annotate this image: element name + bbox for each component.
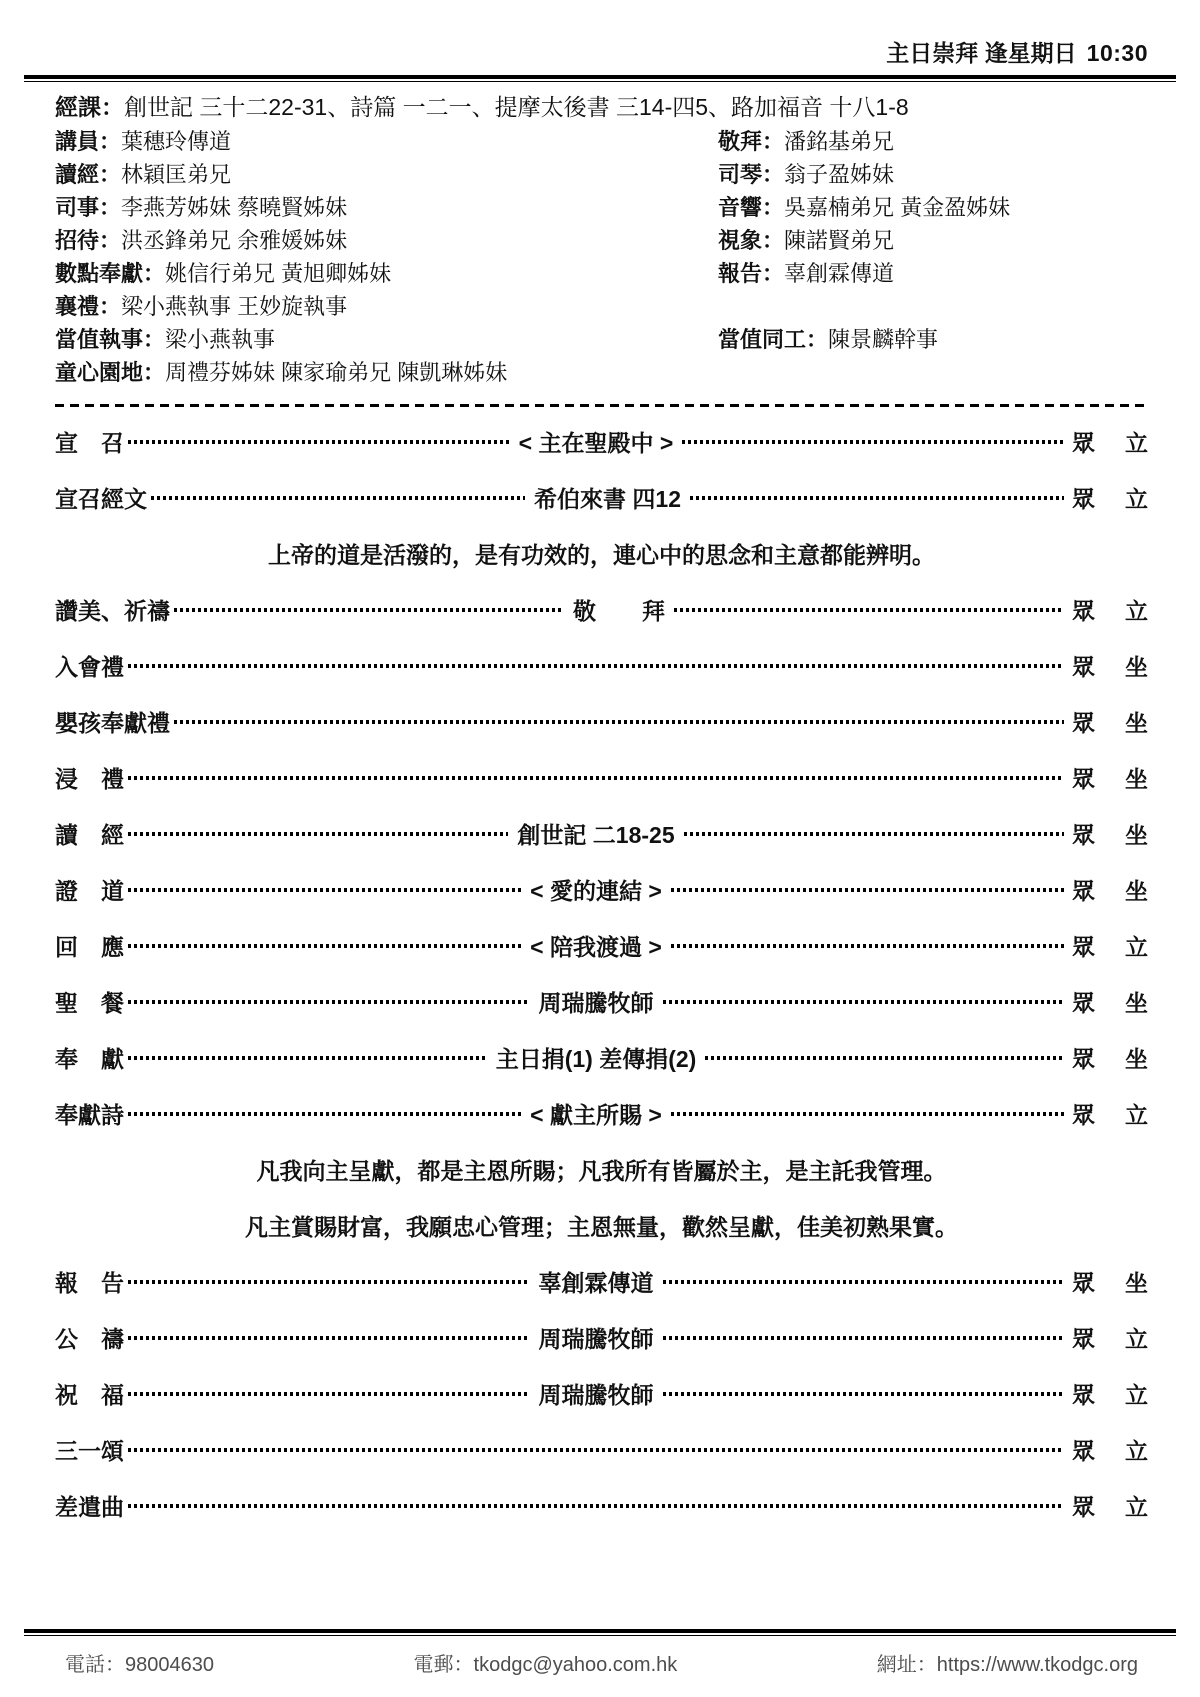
header-rule bbox=[24, 75, 1176, 82]
congregation-group: 眾 bbox=[1072, 481, 1095, 514]
roles-row: 襄禮：梁小燕執事 王妙旋執事 bbox=[55, 289, 1148, 322]
posture-indicator: 立 bbox=[1125, 929, 1148, 962]
order-item-label: 宣 召 bbox=[55, 425, 124, 458]
order-item-center: < 陪我渡過 > bbox=[525, 929, 667, 962]
roles-row: 招待：洪丞鋒弟兄 余雅媛姊妹視象：陳諾賢弟兄 bbox=[55, 223, 1148, 256]
congregation-group: 眾 bbox=[1072, 1433, 1095, 1466]
leader-dots bbox=[663, 1280, 1065, 1284]
leader-dots bbox=[663, 1336, 1065, 1340]
role-value: 林穎匡弟兄 bbox=[121, 162, 231, 187]
role-cell-left: 當值執事：梁小燕執事 bbox=[55, 323, 718, 354]
posture-indicator: 立 bbox=[1125, 1377, 1148, 1410]
role-value: 周禮芬姊妹 陳家瑜弟兄 陳凱琳姊妹 bbox=[165, 360, 507, 385]
role-cell-left: 司事：李燕芳姊妹 蔡曉賢姊妹 bbox=[55, 191, 718, 222]
bulletin-page: 主日崇拜 逢星期日10:30 經課：創世記 三十二22-31、詩篇 一二一、提摩… bbox=[0, 0, 1200, 1697]
leader-dots bbox=[128, 1056, 487, 1060]
leader-dots bbox=[128, 1000, 530, 1004]
roles-row: 數點奉獻：姚信行弟兄 黃旭卿姊妹報告：辜創霖傳道 bbox=[55, 256, 1148, 289]
role-label: 敬拜： bbox=[718, 129, 784, 154]
leader-dots bbox=[128, 1448, 1064, 1452]
congregation-group: 眾 bbox=[1072, 1321, 1095, 1354]
role-cell-right: 視象：陳諾賢弟兄 bbox=[718, 224, 1148, 255]
role-cell-right: 司琴：翁子盈姊妹 bbox=[718, 158, 1148, 189]
order-item-center: 創世記 二18-25 bbox=[512, 817, 679, 850]
role-label: 講員： bbox=[55, 129, 121, 154]
role-cell-left: 數點奉獻：姚信行弟兄 黃旭卿姊妹 bbox=[55, 257, 718, 288]
verse-row: 上帝的道是活潑的，是有功效的，連心中的思念和主意都能辨明。 bbox=[55, 525, 1148, 581]
verse-text: 凡我向主呈獻，都是主恩所賜；凡我所有皆屬於主，是主託我管理。 bbox=[257, 1153, 947, 1186]
order-item-label: 讀 經 bbox=[55, 817, 124, 850]
leader-dots bbox=[682, 440, 1064, 444]
congregation-group: 眾 bbox=[1072, 593, 1095, 626]
verse-row: 凡我向主呈獻，都是主恩所賜；凡我所有皆屬於主，是主託我管理。 bbox=[55, 1141, 1148, 1197]
role-label: 司琴： bbox=[718, 162, 784, 187]
leader-dots bbox=[174, 720, 1064, 724]
role-value: 辜創霖傳道 bbox=[784, 261, 894, 286]
leader-dots bbox=[128, 944, 521, 948]
role-label: 襄禮： bbox=[55, 294, 121, 319]
leader-dots bbox=[128, 440, 510, 444]
posture-indicator: 坐 bbox=[1125, 761, 1148, 794]
congregation-group: 眾 bbox=[1072, 1097, 1095, 1130]
role-label: 音響： bbox=[718, 195, 784, 220]
congregation-group: 眾 bbox=[1072, 1377, 1095, 1410]
role-value: 李燕芳姊妹 蔡曉賢姊妹 bbox=[121, 195, 347, 220]
order-item-center: 周瑞騰牧師 bbox=[534, 1377, 659, 1410]
congregation-group: 眾 bbox=[1072, 985, 1095, 1018]
order-item-row: 祝 福周瑞騰牧師眾立 bbox=[55, 1365, 1148, 1421]
posture-indicator: 坐 bbox=[1125, 1041, 1148, 1074]
order-item-center: 周瑞騰牧師 bbox=[534, 1321, 659, 1354]
leader-dots bbox=[671, 888, 1064, 892]
order-item-row: 回 應< 陪我渡過 >眾立 bbox=[55, 917, 1148, 973]
order-item-label: 回 應 bbox=[55, 929, 124, 962]
posture-indicator: 坐 bbox=[1125, 1265, 1148, 1298]
roles-row: 司事：李燕芳姊妹 蔡曉賢姊妹音響：吳嘉楠弟兄 黃金盈姊妹 bbox=[55, 190, 1148, 223]
verse-row: 凡主賞賜財富，我願忠心管理；主恩無量，歡然呈獻，佳美初熟果實。 bbox=[55, 1197, 1148, 1253]
role-value: 梁小燕執事 王妙旋執事 bbox=[121, 294, 347, 319]
order-item-label: 祝 福 bbox=[55, 1377, 124, 1410]
leader-dots bbox=[128, 1280, 530, 1284]
role-value: 翁子盈姊妹 bbox=[784, 162, 894, 187]
leader-dots bbox=[128, 1336, 530, 1340]
role-cell-right: 當值同工：陳景麟幹事 bbox=[718, 323, 1148, 354]
role-value: 陳諾賢弟兄 bbox=[784, 228, 894, 253]
order-item-row: 報 告辜創霖傳道眾坐 bbox=[55, 1253, 1148, 1309]
leader-dots bbox=[671, 1112, 1064, 1116]
order-item-center: 周瑞騰牧師 bbox=[534, 985, 659, 1018]
posture-indicator: 坐 bbox=[1125, 985, 1148, 1018]
leader-dots bbox=[663, 1392, 1065, 1396]
role-label: 數點奉獻： bbox=[55, 261, 165, 286]
congregation-group: 眾 bbox=[1072, 1041, 1095, 1074]
congregation-group: 眾 bbox=[1072, 873, 1095, 906]
posture-indicator: 立 bbox=[1125, 1097, 1148, 1130]
order-item-row: 宣 召< 主在聖殿中 >眾立 bbox=[55, 413, 1148, 469]
leader-dots bbox=[663, 1000, 1065, 1004]
role-value: 吳嘉楠弟兄 黃金盈姊妹 bbox=[784, 195, 1010, 220]
order-item-center: < 主在聖殿中 > bbox=[514, 425, 679, 458]
order-item-center: 希伯來書 四12 bbox=[529, 481, 686, 514]
posture-indicator: 坐 bbox=[1125, 873, 1148, 906]
role-label: 招待： bbox=[55, 228, 121, 253]
leader-dots bbox=[128, 1504, 1064, 1508]
order-item-row: 聖 餐周瑞騰牧師眾坐 bbox=[55, 973, 1148, 1029]
congregation-group: 眾 bbox=[1072, 1489, 1095, 1522]
leader-dots bbox=[128, 888, 521, 892]
role-cell-right: 音響：吳嘉楠弟兄 黃金盈姊妹 bbox=[718, 191, 1148, 222]
order-item-label: 三一頌 bbox=[55, 1433, 124, 1466]
order-item-label: 奉獻詩 bbox=[55, 1097, 124, 1130]
order-item-row: 公 禱周瑞騰牧師眾立 bbox=[55, 1309, 1148, 1365]
roles-row: 當值執事：梁小燕執事當值同工：陳景麟幹事 bbox=[55, 322, 1148, 355]
order-item-center: 辜創霖傳道 bbox=[534, 1265, 659, 1298]
order-item-row: 宣召經文希伯來書 四12眾立 bbox=[55, 469, 1148, 525]
footer-rule bbox=[24, 1629, 1176, 1636]
order-item-label: 報 告 bbox=[55, 1265, 124, 1298]
role-label: 司事： bbox=[55, 195, 121, 220]
roles-row: 講員：葉穗玲傳道敬拜：潘銘基弟兄 bbox=[55, 124, 1148, 157]
role-cell-left: 讀經：林穎匡弟兄 bbox=[55, 158, 718, 189]
leader-dots bbox=[128, 1112, 521, 1116]
lessons-value: 創世記 三十二22-31、詩篇 一二一、提摩太後書 三14-四5、路加福音 十八… bbox=[124, 94, 909, 120]
leader-dots bbox=[174, 608, 564, 612]
worship-time: 10:30 bbox=[1087, 40, 1148, 66]
role-cell-right: 敬拜：潘銘基弟兄 bbox=[718, 125, 1148, 156]
role-value: 葉穗玲傳道 bbox=[121, 129, 231, 154]
role-label: 童心園地： bbox=[55, 360, 165, 385]
footer-phone: 電話：98004630 bbox=[65, 1648, 214, 1677]
worship-title: 主日崇拜 逢星期日 bbox=[886, 40, 1076, 66]
leader-dots bbox=[151, 496, 525, 500]
posture-indicator: 立 bbox=[1125, 593, 1148, 626]
order-item-label: 奉 獻 bbox=[55, 1041, 124, 1074]
leader-dots bbox=[690, 496, 1064, 500]
congregation-group: 眾 bbox=[1072, 649, 1095, 682]
congregation-group: 眾 bbox=[1072, 929, 1095, 962]
posture-indicator: 立 bbox=[1125, 1489, 1148, 1522]
order-item-center: 敬 拜 bbox=[568, 593, 670, 626]
congregation-group: 眾 bbox=[1072, 761, 1095, 794]
page-footer: 電話：98004630 電郵：tkodgc@yahoo.com.hk 網址：ht… bbox=[65, 1648, 1138, 1677]
verse-text: 上帝的道是活潑的，是有功效的，連心中的思念和主意都能辨明。 bbox=[268, 537, 935, 570]
role-cell-left: 襄禮：梁小燕執事 王妙旋執事 bbox=[55, 290, 718, 321]
lessons-label: 經課： bbox=[55, 94, 124, 120]
role-label: 當值同工： bbox=[718, 327, 828, 352]
order-item-label: 證 道 bbox=[55, 873, 124, 906]
order-item-label: 宣召經文 bbox=[55, 481, 147, 514]
role-label: 報告： bbox=[718, 261, 784, 286]
leader-dots bbox=[705, 1056, 1064, 1060]
dashed-separator bbox=[55, 404, 1148, 407]
role-label: 讀經： bbox=[55, 162, 121, 187]
posture-indicator: 立 bbox=[1125, 425, 1148, 458]
posture-indicator: 坐 bbox=[1125, 705, 1148, 738]
leader-dots bbox=[128, 664, 1064, 668]
order-item-label: 差遣曲 bbox=[55, 1489, 124, 1522]
posture-indicator: 坐 bbox=[1125, 817, 1148, 850]
order-item-row: 差遣曲眾立 bbox=[55, 1477, 1148, 1533]
order-item-row: 奉獻詩< 獻主所賜 >眾立 bbox=[55, 1085, 1148, 1141]
service-roles-list: 講員：葉穗玲傳道敬拜：潘銘基弟兄讀經：林穎匡弟兄司琴：翁子盈姊妹司事：李燕芳姊妹… bbox=[55, 124, 1148, 388]
roles-row: 童心園地：周禮芬姊妹 陳家瑜弟兄 陳凱琳姊妹 bbox=[55, 355, 1148, 388]
role-label: 當值執事： bbox=[55, 327, 165, 352]
order-item-label: 聖 餐 bbox=[55, 985, 124, 1018]
role-value: 陳景麟幹事 bbox=[828, 327, 938, 352]
order-item-row: 浸 禮眾坐 bbox=[55, 749, 1148, 805]
order-item-center: 主日捐(1) 差傳捐(2) bbox=[491, 1041, 702, 1074]
posture-indicator: 坐 bbox=[1125, 649, 1148, 682]
role-cell-left: 講員：葉穗玲傳道 bbox=[55, 125, 718, 156]
order-item-center: < 獻主所賜 > bbox=[525, 1097, 667, 1130]
order-item-label: 嬰孩奉獻禮 bbox=[55, 705, 170, 738]
order-item-row: 證 道< 愛的連結 >眾坐 bbox=[55, 861, 1148, 917]
scripture-lessons-line: 經課：創世記 三十二22-31、詩篇 一二一、提摩太後書 三14-四5、路加福音… bbox=[55, 91, 1148, 124]
leader-dots bbox=[674, 608, 1064, 612]
leader-dots bbox=[671, 944, 1064, 948]
role-cell-right: 報告：辜創霖傳道 bbox=[718, 257, 1148, 288]
footer-email: 電郵：tkodgc@yahoo.com.hk bbox=[414, 1648, 678, 1677]
footer-website: 網址：https://www.tkodgc.org bbox=[877, 1648, 1138, 1677]
posture-indicator: 立 bbox=[1125, 481, 1148, 514]
congregation-group: 眾 bbox=[1072, 705, 1095, 738]
roles-row: 讀經：林穎匡弟兄司琴：翁子盈姊妹 bbox=[55, 157, 1148, 190]
leader-dots bbox=[128, 776, 1064, 780]
congregation-group: 眾 bbox=[1072, 425, 1095, 458]
order-item-label: 入會禮 bbox=[55, 649, 124, 682]
order-item-label: 浸 禮 bbox=[55, 761, 124, 794]
role-cell-left: 童心園地：周禮芬姊妹 陳家瑜弟兄 陳凱琳姊妹 bbox=[55, 356, 718, 387]
order-item-label: 讚美、祈禱 bbox=[55, 593, 170, 626]
role-value: 梁小燕執事 bbox=[165, 327, 275, 352]
role-value: 姚信行弟兄 黃旭卿姊妹 bbox=[165, 261, 391, 286]
role-value: 潘銘基弟兄 bbox=[784, 129, 894, 154]
order-of-service-list: 宣 召< 主在聖殿中 >眾立宣召經文希伯來書 四12眾立上帝的道是活潑的，是有功… bbox=[55, 413, 1148, 1533]
order-item-row: 讀 經創世記 二18-25眾坐 bbox=[55, 805, 1148, 861]
congregation-group: 眾 bbox=[1072, 817, 1095, 850]
order-item-center: < 愛的連結 > bbox=[525, 873, 667, 906]
leader-dots bbox=[684, 832, 1064, 836]
leader-dots bbox=[128, 832, 508, 836]
verse-text: 凡主賞賜財富，我願忠心管理；主恩無量，歡然呈獻，佳美初熟果實。 bbox=[245, 1209, 958, 1242]
page-header: 主日崇拜 逢星期日10:30 bbox=[55, 40, 1148, 66]
order-item-row: 入會禮眾坐 bbox=[55, 637, 1148, 693]
congregation-group: 眾 bbox=[1072, 1265, 1095, 1298]
role-value: 洪丞鋒弟兄 余雅媛姊妹 bbox=[121, 228, 347, 253]
role-label: 視象： bbox=[718, 228, 784, 253]
role-cell-left: 招待：洪丞鋒弟兄 余雅媛姊妹 bbox=[55, 224, 718, 255]
order-item-label: 公 禱 bbox=[55, 1321, 124, 1354]
posture-indicator: 立 bbox=[1125, 1433, 1148, 1466]
order-item-row: 奉 獻主日捐(1) 差傳捐(2)眾坐 bbox=[55, 1029, 1148, 1085]
order-item-row: 三一頌眾立 bbox=[55, 1421, 1148, 1477]
leader-dots bbox=[128, 1392, 530, 1396]
posture-indicator: 立 bbox=[1125, 1321, 1148, 1354]
order-item-row: 嬰孩奉獻禮眾坐 bbox=[55, 693, 1148, 749]
order-item-row: 讚美、祈禱敬 拜眾立 bbox=[55, 581, 1148, 637]
